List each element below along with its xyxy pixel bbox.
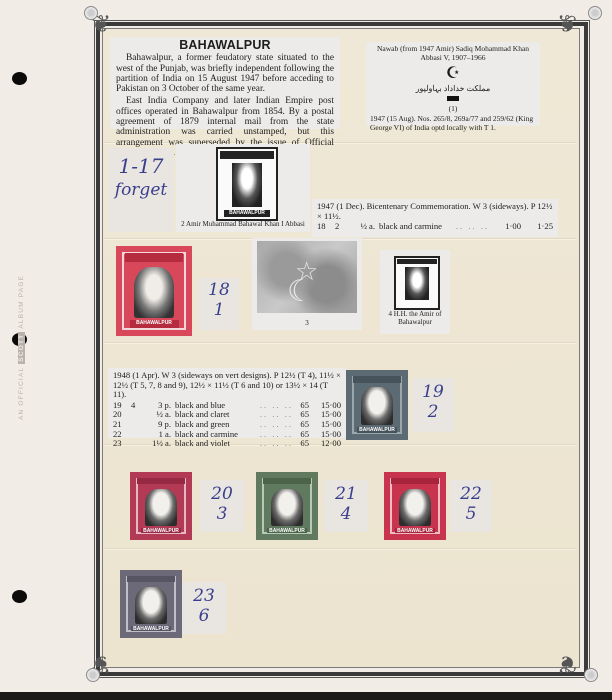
stamp-19[interactable]: BAHAWALPUR	[346, 370, 408, 440]
handwritten-note: 20 3	[200, 480, 244, 532]
portrait-icon	[405, 267, 429, 300]
nawab-heading: Nawab (from 1947 Amir) Sadiq Mohammad Kh…	[366, 45, 540, 62]
issue-heading: 1947 (1 Dec). Bicentenary Commemoration.…	[317, 202, 553, 221]
issue-1947-dec-clipping: 1947 (1 Dec). Bicentenary Commemoration.…	[312, 199, 558, 237]
country-title: BAHAWALPUR	[110, 40, 340, 50]
binder-hole	[12, 72, 27, 85]
corner-flourish-icon: ❦	[544, 2, 590, 48]
album-page: AN OFFICIALSCOTTALBUM PAGE ❦ ❦ ❦ ❦ BAHAW…	[0, 0, 612, 692]
star-crescent-icon: ☪	[366, 65, 540, 83]
type2-stamp-illustration: BAHAWALPUR	[216, 147, 278, 221]
watermark-illustration-clipping: ☆ ☾ 3	[252, 238, 362, 330]
binder-hole	[12, 590, 27, 603]
type4-stamp-illustration	[394, 256, 440, 310]
issue-1948-apr-clipping: 1948 (1 Apr). W 3 (sideways on vert desi…	[108, 368, 346, 438]
type2-illustration-clipping: BAHAWALPUR 2 Amir Muhammad Bahawal Khan …	[176, 144, 310, 232]
intro-paragraph: Bahawalpur, a former feudatory state sit…	[116, 53, 334, 94]
type3-caption: 3	[252, 319, 362, 327]
rosette-icon	[86, 668, 100, 682]
album-spine-label: AN OFFICIALSCOTTALBUM PAGE	[18, 275, 25, 420]
stamp-21[interactable]: BAHAWALPUR	[256, 472, 318, 540]
handwritten-note: 1-17 forget	[108, 148, 174, 232]
issue-heading: 1948 (1 Apr). W 3 (sideways on vert desi…	[113, 371, 341, 400]
handwritten-note: 22 5	[450, 480, 492, 532]
type2-caption: 2 Amir Muhammad Bahawal Khan I Abbasi	[176, 220, 310, 228]
portrait-icon	[232, 163, 262, 207]
overprint-bar	[447, 96, 459, 101]
portrait-icon	[271, 489, 302, 526]
issue-1947-aug-text: 1947 (15 Aug). Nos. 265/8, 269a/77 and 2…	[366, 115, 540, 132]
handwritten-note: 18 1	[199, 278, 239, 330]
stamp-23[interactable]: BAHAWALPUR	[120, 570, 182, 638]
catalog-row: 23 1½ a. black and violet .. .. .. 65 12…	[113, 439, 341, 449]
handwritten-note: 21 4	[324, 480, 368, 532]
nawab-clipping: Nawab (from 1947 Amir) Sadiq Mohammad Kh…	[366, 42, 540, 126]
rosette-icon	[588, 6, 602, 20]
rosette-icon	[584, 668, 598, 682]
handwritten-note: 23 6	[182, 582, 226, 634]
rosette-icon	[84, 6, 98, 20]
stamp-18[interactable]: BAHAWALPUR	[116, 246, 192, 336]
corner-flourish-icon: ❦	[78, 640, 124, 686]
portrait-icon	[399, 489, 430, 526]
corner-flourish-icon: ❦	[544, 640, 590, 686]
urdu-overprint: مملکت خداداد بہاولپور	[366, 85, 540, 94]
type4-caption: 4 H.H. the Amir of Bahawalpur	[380, 310, 450, 326]
scott-brand-mark: SCOTT	[18, 332, 25, 364]
portrait-icon	[135, 587, 166, 624]
figure-label: (1)	[366, 105, 540, 114]
watermark-star-crescent-icon: ☆ ☾	[257, 241, 357, 313]
portrait-icon	[145, 489, 176, 526]
row-divider	[104, 548, 576, 549]
stamp-20[interactable]: BAHAWALPUR	[130, 472, 192, 540]
row-divider	[104, 342, 576, 343]
portrait-icon	[361, 387, 392, 425]
handwritten-note: 19 2	[412, 378, 454, 432]
portrait-icon	[134, 267, 173, 317]
catalog-row: 18 2 ½ a. black and carmine .. .. .. 1·0…	[317, 222, 553, 232]
intro-clipping: BAHAWALPUR Bahawalpur, a former feudator…	[110, 37, 340, 129]
stamp-22[interactable]: BAHAWALPUR	[384, 472, 446, 540]
type4-illustration-clipping: 4 H.H. the Amir of Bahawalpur	[380, 250, 450, 334]
